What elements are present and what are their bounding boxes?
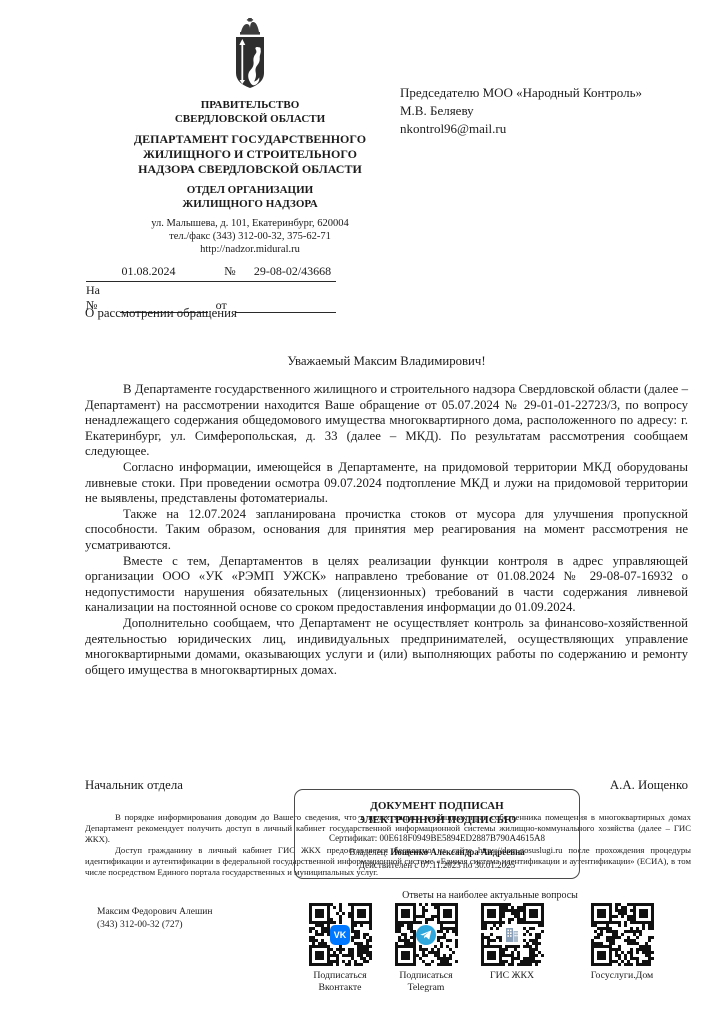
body-paragraph: Согласно информации, имеющейся в Департа… — [85, 460, 688, 507]
executor-name: Максим Федорович Алешин — [97, 906, 212, 919]
qr-code-vkontakte[interactable]: VK — [309, 903, 372, 966]
qr-code-gosuslugi-dom[interactable] — [591, 903, 654, 966]
government-title-line2: СВЕРДЛОВСКОЙ ОБЛАСТИ — [85, 112, 415, 126]
body-paragraph: Дополнительно сообщаем, что Департамент … — [85, 616, 688, 678]
letterhead: ПРАВИТЕЛЬСТВО СВЕРДЛОВСКОЙ ОБЛАСТИ ДЕПАР… — [85, 16, 415, 313]
body-paragraph: Также на 12.07.2024 запланирована прочис… — [85, 507, 688, 554]
qr-block-gis-zhkh: ГИС ЖКХ — [472, 903, 552, 994]
stamp-owner-label: Владелец: — [349, 847, 388, 857]
org-address: ул. Малышева, д. 101, Екатеринбург, 6200… — [85, 217, 415, 230]
reference-rule — [86, 281, 336, 282]
executor-phone: (343) 312-00-32 (727) — [97, 919, 212, 932]
signer-name: А.А. Иощенко — [610, 778, 688, 793]
number-sign: № — [211, 264, 249, 279]
coat-of-arms-sverdlovsk-icon — [227, 16, 273, 94]
qr-label-line1: Подписаться — [386, 970, 466, 982]
qr-code-telegram[interactable] — [395, 903, 458, 966]
executor-contact: Максим Федорович Алешин (343) 312-00-32 … — [97, 906, 212, 932]
org-website[interactable]: http://nadzor.midural.ru — [85, 243, 415, 256]
letter-number: 29-08-02/43668 — [249, 264, 336, 279]
qr-label-line1: ГИС ЖКХ — [472, 970, 552, 982]
letter-date: 01.08.2024 — [86, 264, 211, 279]
department-title-line2: ЖИЛИЩНОГО И СТРОИТЕЛЬНОГО — [85, 147, 415, 162]
subject-line: О рассмотрении обращения — [85, 306, 237, 321]
building-icon — [503, 926, 521, 944]
stamp-owner: Владелец: Иощенко Александра Андреевна — [295, 847, 579, 858]
letter-page: ПРАВИТЕЛЬСТВО СВЕРДЛОВСКОЙ ОБЛАСТИ ДЕПАР… — [0, 0, 725, 1024]
division-title-line2: ЖИЛИЩНОГО НАДЗОРА — [85, 197, 415, 211]
telegram-icon — [416, 925, 436, 945]
qr-section-title: Ответы на наиболее актуальные вопросы — [310, 890, 670, 901]
qr-row: VK Подписаться Вконтакте Подписаться Tel… — [300, 903, 700, 994]
qr-code-gis-zhkh[interactable] — [481, 903, 544, 966]
qr-block-vkontakte: VK Подписаться Вконтакте — [300, 903, 380, 994]
qr-block-telegram: Подписаться Telegram — [386, 903, 466, 994]
letter-body: В Департаменте государственного жилищног… — [85, 382, 688, 678]
recipient-email[interactable]: nkontrol96@mail.ru — [400, 120, 700, 138]
qr-label-line2: Telegram — [386, 982, 466, 994]
recipient-block: Председателю МОО «Народный Контроль» М.В… — [400, 84, 700, 138]
qr-block-gosuslugi-dom: Госуслуги.Дом — [582, 903, 662, 994]
stamp-title-line1: ДОКУМЕНТ ПОДПИСАН — [295, 799, 579, 813]
stamp-title-line2: ЭЛЕКТРОННОЙ ПОДПИСЬЮ — [295, 813, 579, 827]
stamp-certificate: Сертификат: 00E618F0949BE5894ED2887B790A… — [295, 833, 579, 844]
body-paragraph: Вместе с тем, Департаментов в целях реал… — [85, 554, 688, 616]
department-title-line1: ДЕПАРТАМЕНТ ГОСУДАРСТВЕННОГО — [85, 132, 415, 147]
recipient-name: М.В. Беляеву — [400, 102, 700, 120]
signer-position: Начальник отдела — [85, 778, 183, 793]
qr-label-line1: Госуслуги.Дом — [582, 970, 662, 982]
reply-date-blank — [235, 300, 336, 313]
division-title-line1: ОТДЕЛ ОРГАНИЗАЦИИ — [85, 183, 415, 197]
qr-label-line2: Вконтакте — [300, 982, 380, 994]
body-paragraph: В Департаменте государственного жилищног… — [85, 382, 688, 460]
qr-label-line1: Подписаться — [300, 970, 380, 982]
vk-icon: VK — [330, 925, 350, 945]
recipient-position: Председателю МОО «Народный Контроль» — [400, 84, 700, 102]
government-title-line1: ПРАВИТЕЛЬСТВО — [85, 98, 415, 112]
department-title-line3: НАДЗОРА СВЕРДЛОВСКОЙ ОБЛАСТИ — [85, 162, 415, 177]
electronic-signature-stamp: ДОКУМЕНТ ПОДПИСАН ЭЛЕКТРОННОЙ ПОДПИСЬЮ С… — [294, 789, 580, 879]
salutation: Уважаемый Максим Владимирович! — [85, 354, 688, 369]
stamp-validity: Действителен с 07.11.2023 по 30.01.2025 — [295, 860, 579, 871]
org-phone: тел./факс (343) 312-00-32, 375-62-71 — [85, 230, 415, 243]
stamp-owner-name: Иощенко Александра Андреевна — [390, 847, 524, 857]
